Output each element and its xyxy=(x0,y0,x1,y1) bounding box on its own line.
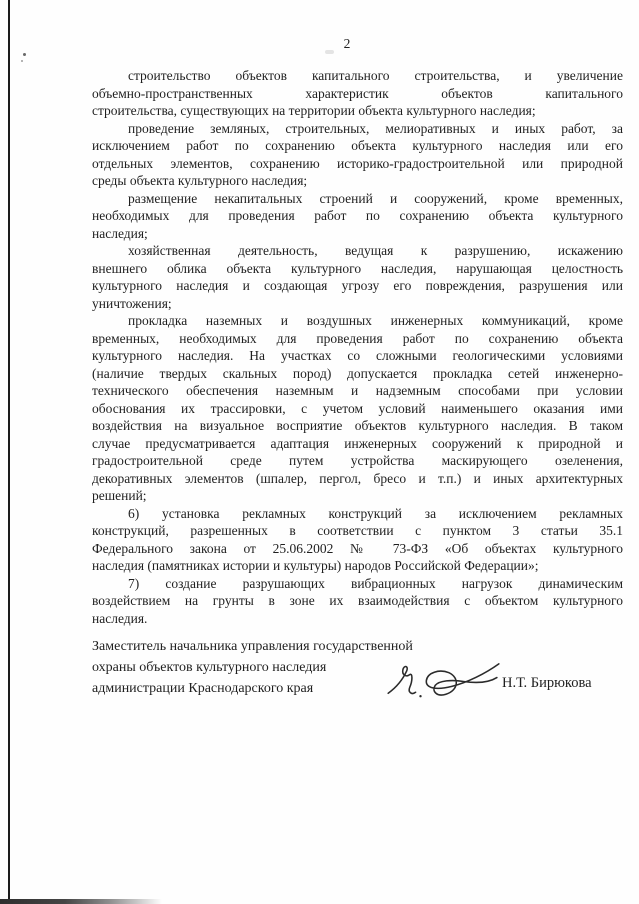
text-line: 7) создание разрушающих вибрационных наг… xyxy=(92,575,623,593)
text-line: размещение некапитальных строений и соор… xyxy=(92,190,623,208)
scan-speck xyxy=(23,53,26,56)
text-line: внешнего облика объекта культурного насл… xyxy=(92,260,623,278)
text-line: наследия; xyxy=(92,225,623,243)
text-line: конструкций, разрешенных в соответствии … xyxy=(92,522,623,540)
text-line: строительство объектов капитального стро… xyxy=(92,67,623,85)
text-line: прокладка наземных и воздушных инженерны… xyxy=(92,312,623,330)
text-line: наследия (памятниках истории и культуры)… xyxy=(92,557,623,575)
text-line: строительства, существующих на территори… xyxy=(92,102,623,120)
scan-speck xyxy=(21,60,23,62)
text-line: культурного наследия и создающая угрозу … xyxy=(92,277,623,295)
text-line: (наличие твердых скальных пород) допуска… xyxy=(92,365,623,383)
text-line: хозяйственная деятельность, ведущая к ра… xyxy=(92,242,623,260)
text-line: случае предусматривается адаптация инжен… xyxy=(92,435,623,453)
text-line: необходимых для проведения работ по сохр… xyxy=(92,207,623,225)
text-line: исключением работ по сохранению объекта … xyxy=(92,137,623,155)
text-line: Федерального закона от 25.06.2002 № 73-Ф… xyxy=(92,540,623,558)
text-line: наследия. xyxy=(92,610,623,628)
text-line: временных, необходимых для проведения ра… xyxy=(92,330,623,348)
text-line: градостроительной среде путем устройства… xyxy=(92,452,623,470)
document-body: строительство объектов капитального стро… xyxy=(92,67,623,627)
scan-smudge-bottom xyxy=(0,899,162,904)
text-line: уничтожения; xyxy=(92,295,623,313)
text-line: воздействия на визуальное восприятие объ… xyxy=(92,417,623,435)
text-line: декоративных элементов (шпалер, пергол, … xyxy=(92,470,623,488)
text-line: 6) установка рекламных конструкций за ис… xyxy=(92,505,623,523)
text-line: обоснования их трассировки, с учетом усл… xyxy=(92,400,623,418)
handwritten-signature-icon xyxy=(383,658,505,705)
page-number: 2 xyxy=(92,36,602,52)
text-line: решений; xyxy=(92,487,623,505)
text-line: проведение земляных, строительных, мелио… xyxy=(92,120,623,138)
text-line: воздействием на грунты в зоне их взаимод… xyxy=(92,592,623,610)
scan-edge-left xyxy=(8,0,10,904)
text-line: культурного наследия. На участках со сло… xyxy=(92,347,623,365)
signer-name: Н.Т. Бирюкова xyxy=(502,675,592,692)
text-line: среды объекта культурного наследия; xyxy=(92,172,623,190)
document-page: 2 строительство объектов капитального ст… xyxy=(0,0,639,904)
text-line: отдельных элементов, сохранению историко… xyxy=(92,155,623,173)
signer-title-line: Заместитель начальника управления госуда… xyxy=(92,636,472,657)
text-line: технического обеспечения наземным и надз… xyxy=(92,382,623,400)
text-line: объемно-пространственных характеристик о… xyxy=(92,85,623,103)
